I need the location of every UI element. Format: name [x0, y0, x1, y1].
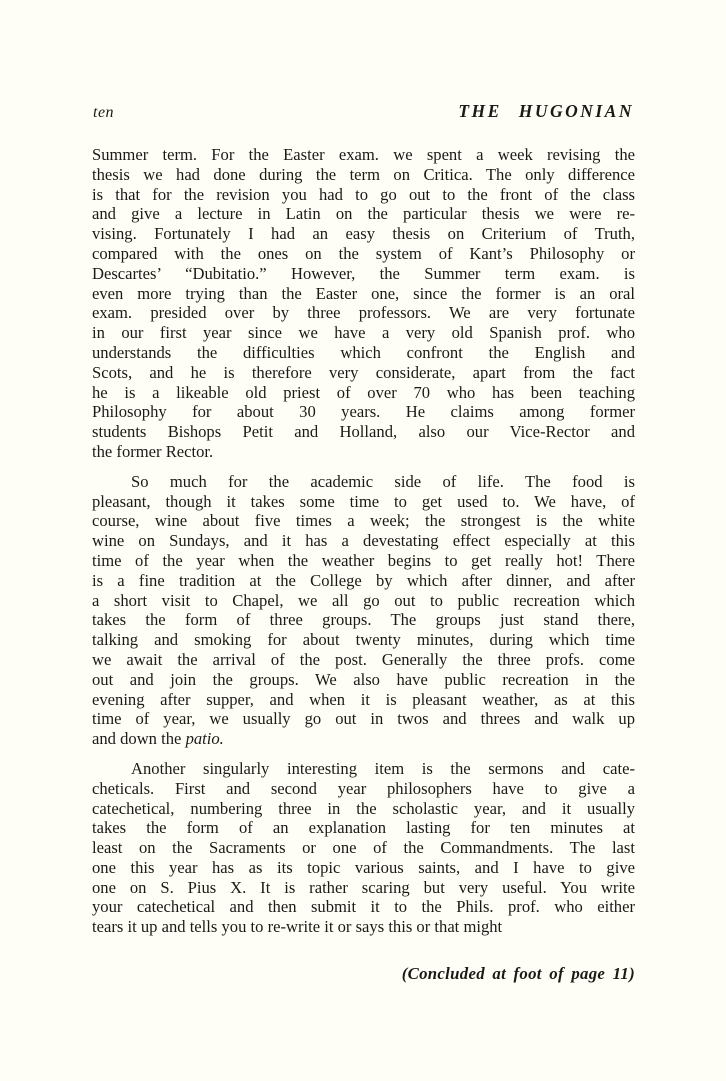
- text-line: time of the year when the weather begins…: [92, 551, 635, 571]
- text-line: and down the patio.: [92, 729, 635, 749]
- text-line: wine on Sundays, and it has a devestatin…: [92, 531, 635, 551]
- paragraph: Another singularly interesting item is t…: [92, 759, 635, 937]
- text-segment: evening after supper, and when it is ple…: [92, 690, 635, 709]
- text-segment: cheticals. First and second year philoso…: [92, 779, 635, 798]
- text-line: students Bishops Petit and Holland, also…: [92, 422, 635, 442]
- text-segment: pleasant, though it takes some time to g…: [92, 492, 635, 511]
- text-line: Scots, and he is therefore very consider…: [92, 363, 635, 383]
- text-line: a short visit to Chapel, we all go out t…: [92, 591, 635, 611]
- text-segment: is a fine tradition at the College by wh…: [92, 571, 635, 590]
- text-line: Descartes’ “Dubitatio.” However, the Sum…: [92, 264, 635, 284]
- text-segment: one on S. Pius X. It is rather scaring b…: [92, 878, 635, 897]
- text-line: is that for the revision you had to go o…: [92, 185, 635, 205]
- text-segment: one this year has as its topic various s…: [92, 858, 635, 877]
- text-line: compared with the ones on the system of …: [92, 244, 635, 264]
- text-segment: course, wine about five times a week; th…: [92, 511, 635, 530]
- text-segment: thesis we had done during the term on Cr…: [92, 165, 635, 184]
- text-segment: talking and smoking for about twenty min…: [92, 630, 635, 649]
- running-header: ten THE HUGONIAN: [93, 101, 634, 122]
- text-segment: we await the arrival of the post. Genera…: [92, 650, 635, 669]
- text-segment: a short visit to Chapel, we all go out t…: [92, 591, 635, 610]
- text-line: understands the difficulties which confr…: [92, 343, 635, 363]
- text-line: least on the Sacraments or one of the Co…: [92, 838, 635, 858]
- text-line: pleasant, though it takes some time to g…: [92, 492, 635, 512]
- text-segment: takes the form of three groups. The grou…: [92, 610, 635, 629]
- paragraph: So much for the academic side of life. T…: [92, 472, 635, 749]
- text-segment: catechetical, numbering three in the sch…: [92, 799, 635, 818]
- text-segment: and down the: [92, 729, 186, 748]
- text-segment: So much for the academic side of life. T…: [131, 472, 635, 491]
- text-segment: even more trying than the Easter one, si…: [92, 284, 635, 303]
- text-line: one on S. Pius X. It is rather scaring b…: [92, 878, 635, 898]
- text-segment: wine on Sundays, and it has a devestatin…: [92, 531, 635, 550]
- text-line: So much for the academic side of life. T…: [92, 472, 635, 492]
- text-segment: Summer term. For the Easter exam. we spe…: [92, 145, 635, 164]
- italic-text: patio.: [186, 729, 224, 748]
- text-line: even more trying than the Easter one, si…: [92, 284, 635, 304]
- text-line: evening after supper, and when it is ple…: [92, 690, 635, 710]
- text-segment: least on the Sacraments or one of the Co…: [92, 838, 635, 857]
- page-number-folio: ten: [93, 104, 114, 122]
- text-segment: understands the difficulties which confr…: [92, 343, 635, 362]
- text-segment: your catechetical and then submit it to …: [92, 897, 635, 916]
- text-line: time of year, we usually go out in twos …: [92, 709, 635, 729]
- text-line: Philosophy for about 30 years. He claims…: [92, 402, 635, 422]
- text-segment: he is a likeable old priest of over 70 w…: [92, 383, 635, 402]
- text-segment: Scots, and he is therefore very consider…: [92, 363, 635, 382]
- text-line: out and join the groups. We also have pu…: [92, 670, 635, 690]
- text-line: one this year has as its topic various s…: [92, 858, 635, 878]
- scanned-page: ten THE HUGONIAN Summer term. For the Ea…: [0, 0, 726, 1081]
- text-line: tears it up and tells you to re-write it…: [92, 917, 635, 937]
- text-line: he is a likeable old priest of over 70 w…: [92, 383, 635, 403]
- text-line: talking and smoking for about twenty min…: [92, 630, 635, 650]
- text-segment: and give a lecture in Latin on the parti…: [92, 204, 635, 223]
- text-segment: Philosophy for about 30 years. He claims…: [92, 402, 635, 421]
- continuation-note: (Concluded at foot of page 11): [92, 964, 635, 984]
- text-segment: is that for the revision you had to go o…: [92, 185, 635, 204]
- journal-title: THE HUGONIAN: [458, 101, 634, 122]
- text-line: is a fine tradition at the College by wh…: [92, 571, 635, 591]
- text-segment: exam. presided over by three professors.…: [92, 303, 635, 322]
- text-segment: Descartes’ “Dubitatio.” However, the Sum…: [92, 264, 635, 283]
- text-line: exam. presided over by three professors.…: [92, 303, 635, 323]
- text-line: Summer term. For the Easter exam. we spe…: [92, 145, 635, 165]
- text-segment: the former Rector.: [92, 442, 213, 461]
- text-segment: out and join the groups. We also have pu…: [92, 670, 635, 689]
- text-segment: time of the year when the weather begins…: [92, 551, 635, 570]
- text-segment: vising. Fortunately I had an easy thesis…: [92, 224, 635, 243]
- text-line: takes the form of an explanation lasting…: [92, 818, 635, 838]
- text-block: Summer term. For the Easter exam. we spe…: [92, 145, 635, 984]
- paragraph: Summer term. For the Easter exam. we spe…: [92, 145, 635, 462]
- text-line: takes the form of three groups. The grou…: [92, 610, 635, 630]
- text-line: thesis we had done during the term on Cr…: [92, 165, 635, 185]
- text-line: cheticals. First and second year philoso…: [92, 779, 635, 799]
- text-line: in our first year since we have a very o…: [92, 323, 635, 343]
- text-segment: in our first year since we have a very o…: [92, 323, 635, 342]
- text-line: vising. Fortunately I had an easy thesis…: [92, 224, 635, 244]
- text-segment: takes the form of an explanation lasting…: [92, 818, 635, 837]
- text-segment: students Bishops Petit and Holland, also…: [92, 422, 635, 441]
- text-line: we await the arrival of the post. Genera…: [92, 650, 635, 670]
- text-segment: compared with the ones on the system of …: [92, 244, 635, 263]
- text-line: Another singularly interesting item is t…: [92, 759, 635, 779]
- text-line: your catechetical and then submit it to …: [92, 897, 635, 917]
- text-segment: time of year, we usually go out in twos …: [92, 709, 635, 728]
- text-segment: Another singularly interesting item is t…: [131, 759, 635, 778]
- text-segment: tears it up and tells you to re-write it…: [92, 917, 502, 936]
- text-line: the former Rector.: [92, 442, 635, 462]
- text-line: course, wine about five times a week; th…: [92, 511, 635, 531]
- text-line: and give a lecture in Latin on the parti…: [92, 204, 635, 224]
- text-line: catechetical, numbering three in the sch…: [92, 799, 635, 819]
